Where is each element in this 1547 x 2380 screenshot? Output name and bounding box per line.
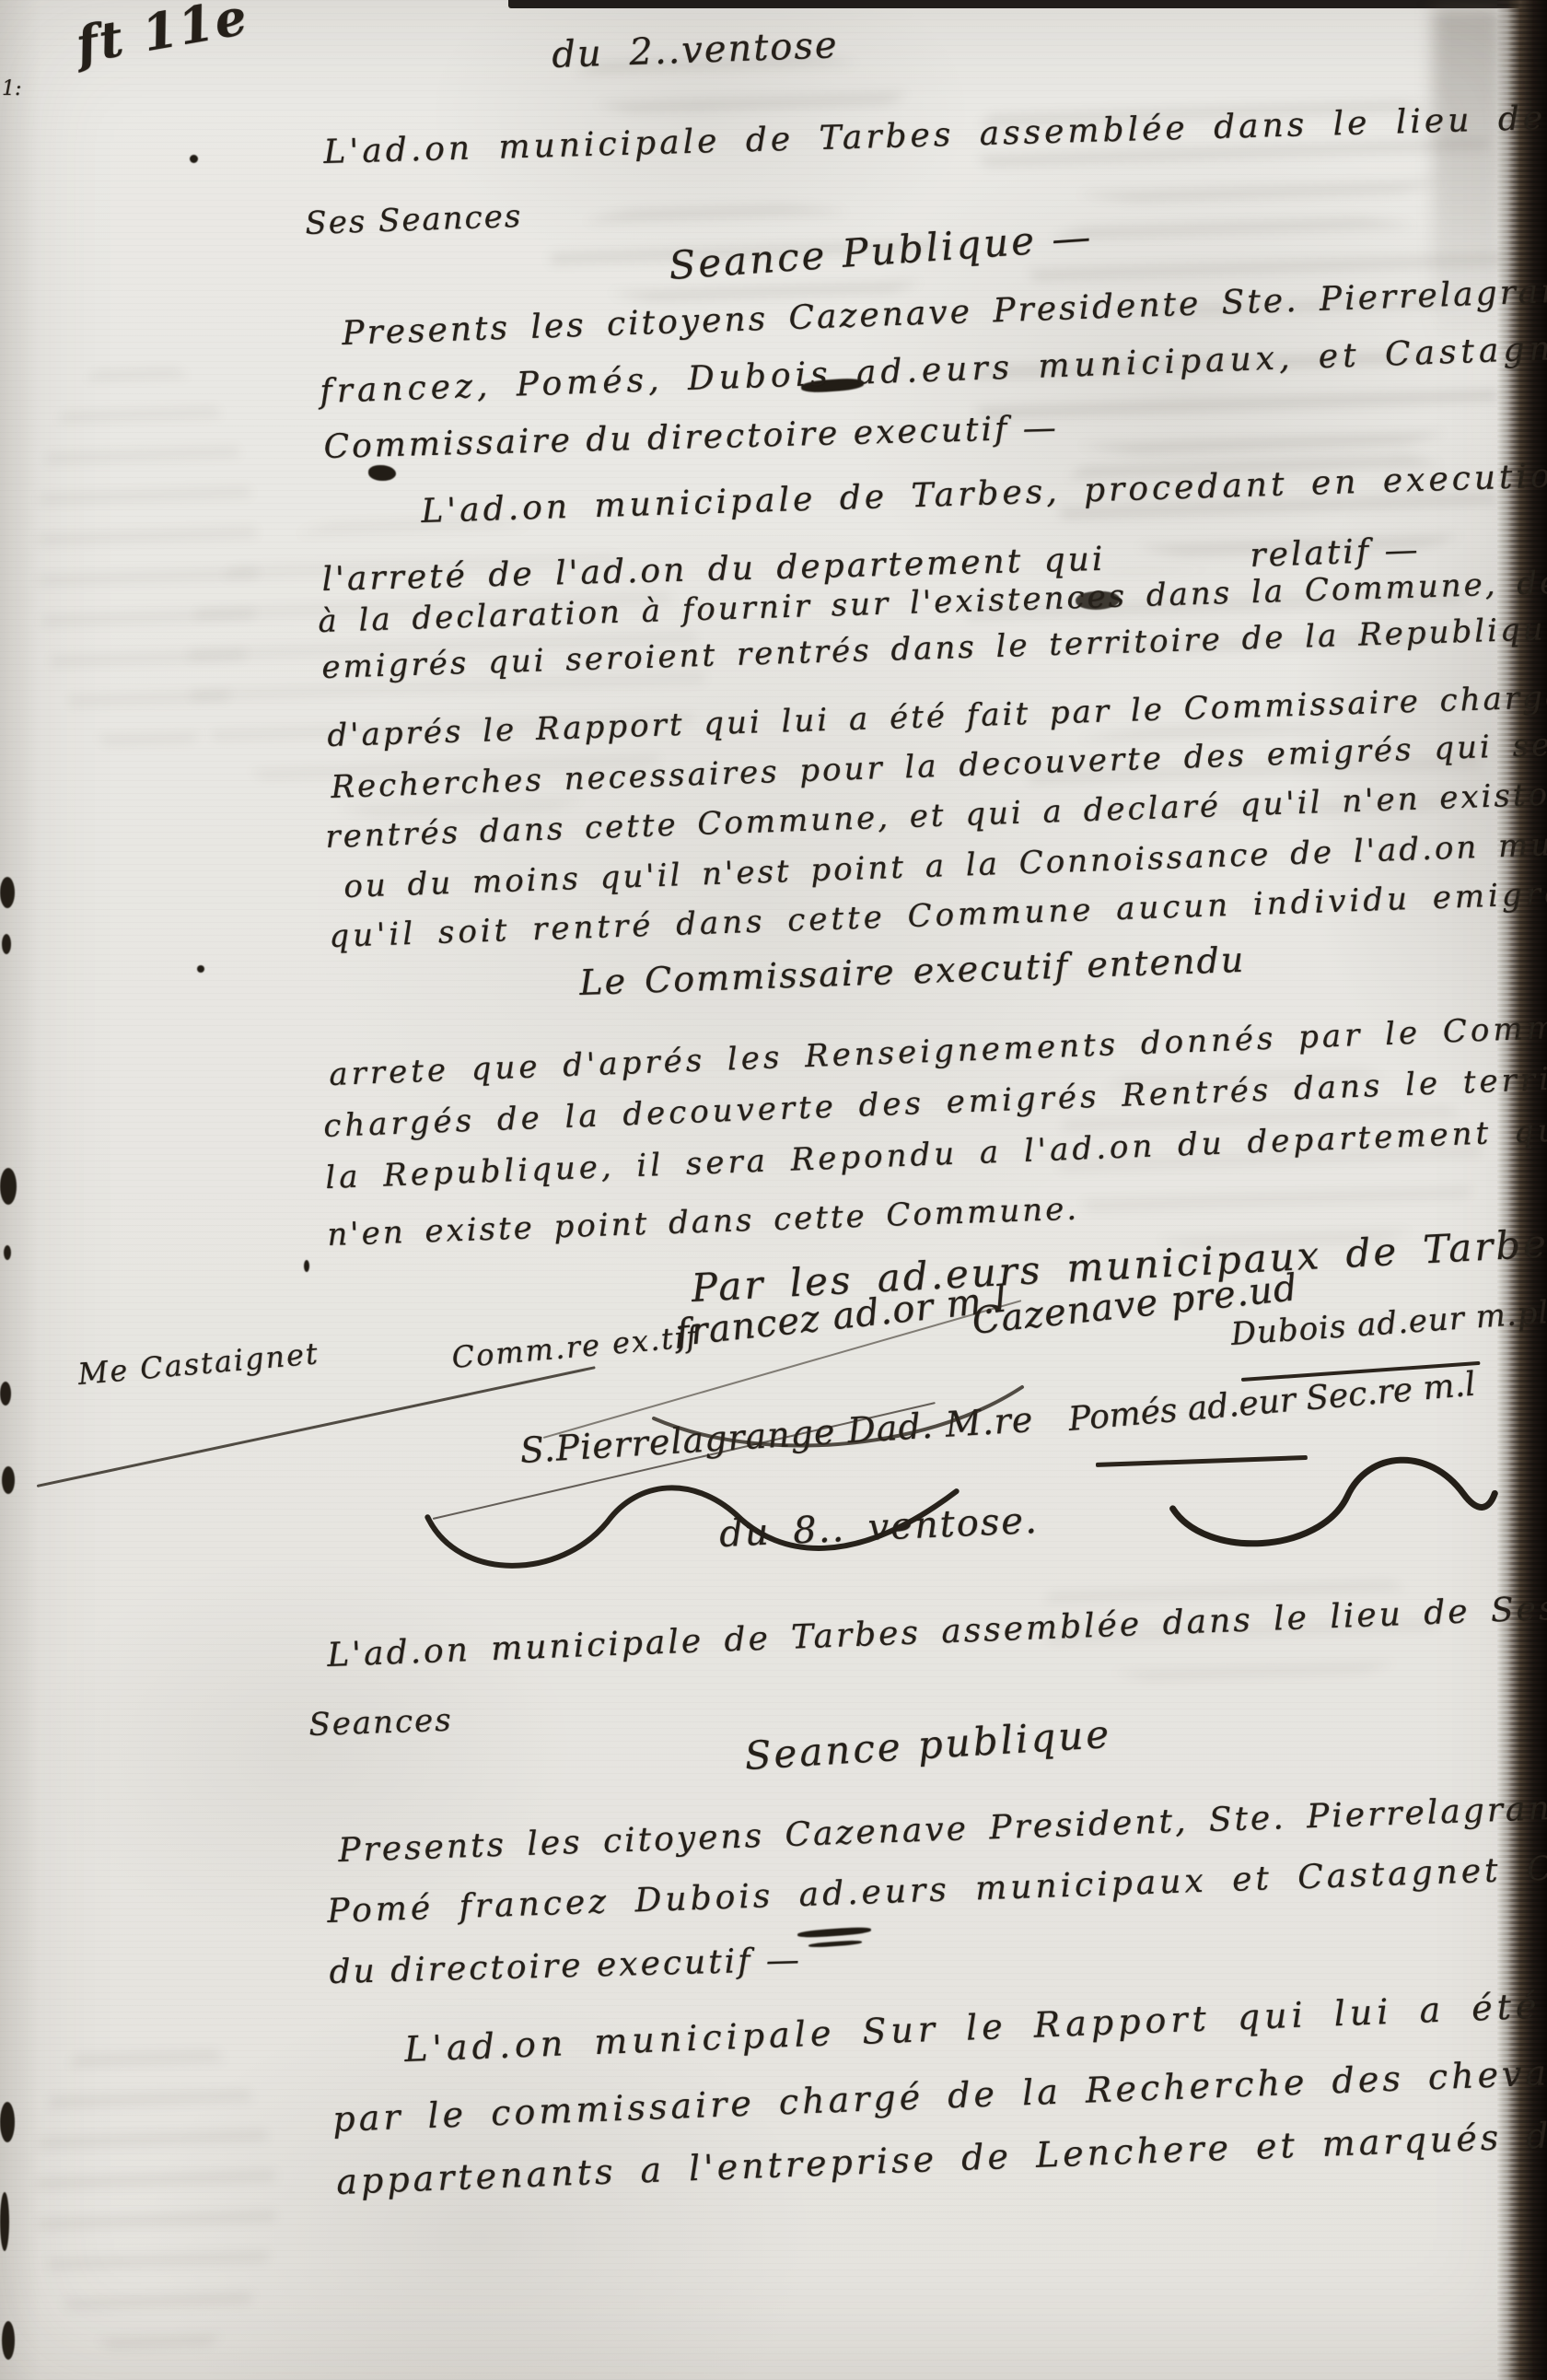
left-edge-mark bbox=[2, 1466, 15, 1494]
ink-dash-blot bbox=[797, 1926, 871, 1939]
left-edge-mark bbox=[2, 2321, 15, 2360]
session1-session-type: Seance Publique — bbox=[668, 217, 1094, 286]
ink-dash-blot bbox=[808, 1940, 862, 1948]
manuscript-page: ft 11e 1: du 2..ventose L'ad.on municipa… bbox=[0, 0, 1547, 2380]
commissaire-entendu-line: Le Commissaire executif entendu bbox=[579, 942, 1246, 1000]
left-edge-mark bbox=[0, 2192, 9, 2251]
francez-flourish bbox=[645, 1361, 1041, 1449]
left-edge-mark bbox=[0, 1168, 17, 1205]
session2-present-line3: du directoire executif — bbox=[329, 1944, 802, 1989]
ink-blot bbox=[368, 465, 396, 481]
left-edge-mark bbox=[4, 1245, 11, 1260]
session1-date-heading: du 2..ventose bbox=[552, 27, 840, 74]
page-top-edge-shadow bbox=[508, 0, 1547, 8]
session2-body-line1: L'ad.on municipale Sur le Rapport qui lu… bbox=[404, 1984, 1547, 2067]
arrete-line-4: n'en existe point dans cette Commune. bbox=[327, 1194, 1080, 1251]
ink-speck bbox=[304, 1260, 309, 1272]
bleedthrough-smudge bbox=[37, 2026, 276, 2358]
session2-session-type: Seance publique bbox=[743, 1715, 1112, 1776]
session1-present-line3: Commissaire du directoire executif — bbox=[323, 412, 1059, 464]
ink-speck bbox=[190, 155, 198, 163]
left-edge-mark bbox=[0, 1382, 11, 1406]
folio-mark: ft 11e bbox=[73, 0, 252, 70]
bleedthrough-smudge bbox=[37, 359, 258, 755]
pomes-flourish bbox=[1154, 1401, 1504, 1562]
left-edge-mark bbox=[0, 877, 15, 908]
deliberation-relatif-note: relatif — bbox=[1250, 534, 1421, 573]
left-edge-mark bbox=[0, 2102, 15, 2142]
session2-opening-line2: Seances bbox=[308, 1705, 453, 1741]
deliberation-line-1: L'ad.on municipale de Tarbes, procedant … bbox=[421, 457, 1547, 529]
margin-mark: 1: bbox=[2, 79, 21, 99]
session1-opening-line1: L'ad.on municipale de Tarbes assemblée d… bbox=[323, 102, 1547, 169]
signature-castaignet-name: Me Castaignet bbox=[76, 1338, 320, 1389]
ink-speck bbox=[197, 965, 204, 973]
session1-opening-line2: Ses Seances bbox=[305, 201, 523, 239]
left-edge-mark bbox=[2, 934, 11, 954]
session2-opening-line1: L'ad.on municipale de Tarbes assemblée d… bbox=[327, 1592, 1547, 1673]
